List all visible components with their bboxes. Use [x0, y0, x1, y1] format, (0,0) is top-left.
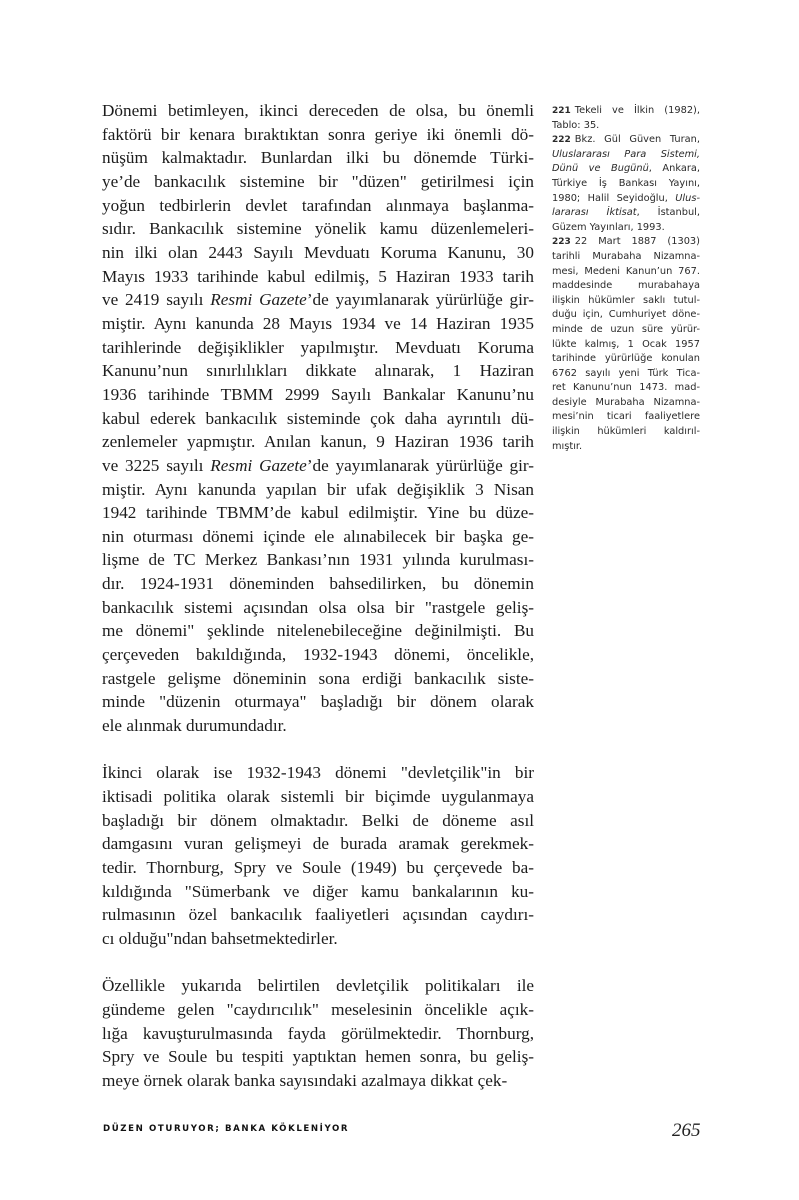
sidenote-line: lükte kalmış, 1 Ocak 1957 — [552, 338, 700, 353]
text-line: lığa kavuşturulmasında fayda görülmekted… — [102, 1022, 534, 1046]
sidenote-number: 221 — [552, 106, 571, 116]
running-title: DÜZEN OTURUYOR; BANKA KÖKLENİYOR — [103, 1124, 349, 1134]
sidenote-221: 221Tekeli ve İlkin (1982),Tablo: 35. — [552, 104, 700, 133]
text-line: ve 2419 sayılı Resmi Gazete’de yayımlana… — [102, 288, 534, 312]
text-line: miştir. Aynı kanunda 28 Mayıs 1934 ve 14… — [102, 312, 534, 336]
text-line: yoğun tedbirlerin devlet tarafından alın… — [102, 194, 534, 218]
sidenote-line: ilişkin hükümler saklı tutul- — [552, 294, 700, 309]
text-line: Mayıs 1933 tarihinde kabul edilmiş, 5 Ha… — [102, 265, 534, 289]
text-line: Özellikle yukarıda belirtilen devletçili… — [102, 974, 534, 998]
text-line: İkinci olarak ise 1932-1943 dönemi "devl… — [102, 761, 534, 785]
text-line: bankacılık sistemi açısından olsa olsa b… — [102, 596, 534, 620]
sidenote-line: Türkiye İş Bankası Yayını, — [552, 177, 700, 192]
sidenote-222: 222Bkz. Gül Güven Turan,Uluslararası Par… — [552, 133, 700, 235]
sidenote-line: Tablo: 35. — [552, 119, 700, 134]
sidenote-line: mesi’nin ticari faaliyetlere — [552, 410, 700, 425]
sidenote-line: 22322 Mart 1887 (1303) — [552, 235, 700, 250]
text-line: me dönemi" şeklinde nitelenebileceğine d… — [102, 619, 534, 643]
sidenote-line: 222Bkz. Gül Güven Turan, — [552, 133, 700, 148]
sidenote-number: 222 — [552, 135, 571, 145]
text-line: tedir. Thornburg, Spry ve Soule (1949) b… — [102, 856, 534, 880]
sidenote-line: 221Tekeli ve İlkin (1982), — [552, 104, 700, 119]
paragraph: Özellikle yukarıda belirtilen devletçili… — [102, 974, 534, 1092]
text-line: faktörü bir kenara bıraktıktan sonra ger… — [102, 123, 534, 147]
text-line: sıdır. Bankacılık sistemine yönelik kamu… — [102, 217, 534, 241]
text-line: çerçeveden bakıldığında, 1932-1943 dönem… — [102, 643, 534, 667]
text-line: Spry ve Soule bu tespiti yaptıktan hemen… — [102, 1045, 534, 1069]
sidenotes-column: 221Tekeli ve İlkin (1982),Tablo: 35.222B… — [552, 104, 700, 454]
sidenote-line: tarihli Murabaha Nizamna- — [552, 250, 700, 265]
sidenote-line: lararası İktisat, İstanbul, — [552, 206, 700, 221]
sidenote-line: Dünü ve Bugünü, Ankara, — [552, 162, 700, 177]
sidenote-line: Güzem Yayınları, 1993. — [552, 221, 700, 236]
sidenote-line: duğu için, Cumhuriyet döne- — [552, 308, 700, 323]
main-text-column: Dönemi betimleyen, ikinci dereceden de o… — [102, 99, 534, 1116]
sidenote-line: tarihinde yürürlüğe konulan — [552, 352, 700, 367]
sidenote-line: ret Kanunu’nun 1473. mad- — [552, 381, 700, 396]
sidenote-line: desiyle Murabaha Nizamna- — [552, 396, 700, 411]
text-line: nüşüm kalmaktadır. Bunlardan ilki bu dön… — [102, 146, 534, 170]
text-line: meye örnek olarak banka sayısındaki azal… — [102, 1069, 534, 1093]
text-line: damgasını vuran gelişmeyi de burada aram… — [102, 832, 534, 856]
text-line: dır. 1924-1931 döneminden bahsedilirken,… — [102, 572, 534, 596]
text-line: ye’de bankacılık sistemine bir "düzen" g… — [102, 170, 534, 194]
text-line: rastgele gelişme döneminin sona erdiği b… — [102, 667, 534, 691]
text-line: iktisadi politika olarak sistemli bir bi… — [102, 785, 534, 809]
text-line: başladığı bir dönem olmaktadır. Belki de… — [102, 809, 534, 833]
sidenote-number: 223 — [552, 237, 571, 247]
sidenote-line: ilişkin hükümleri kaldırıl- — [552, 425, 700, 440]
text-line: 1936 tarihinde TBMM 2999 Sayılı Bankalar… — [102, 383, 534, 407]
text-line: 1942 tarihinde TBMM’de kabul edilmiştir.… — [102, 501, 534, 525]
sidenote-line: 1980; Halil Seyidoğlu, Ulus- — [552, 192, 700, 207]
text-line: rulmasının özel bankacılık faaliyetleri … — [102, 903, 534, 927]
text-line: gündeme gelen "caydırıcılık" meselesinin… — [102, 998, 534, 1022]
sidenote-line: mıştır. — [552, 440, 700, 455]
sidenote-line: Uluslararası Para Sistemi, — [552, 148, 700, 163]
text-line: kabul ederek bankacılık sisteminde çok d… — [102, 407, 534, 431]
text-line: kıldığında "Sümerbank ve diğer kamu bank… — [102, 880, 534, 904]
paragraph: İkinci olarak ise 1932-1943 dönemi "devl… — [102, 761, 534, 950]
text-line: minde "düzenin oturmaya" başladığı bir d… — [102, 690, 534, 714]
text-line: zenlemeler yapmıştır. Anılan kanun, 9 Ha… — [102, 430, 534, 454]
sidenote-223: 22322 Mart 1887 (1303)tarihli Murabaha N… — [552, 235, 700, 454]
text-line: lişme de TC Merkez Bankası’nın 1931 yılı… — [102, 548, 534, 572]
book-page: Dönemi betimleyen, ikinci dereceden de o… — [0, 0, 799, 1200]
text-line: Dönemi betimleyen, ikinci dereceden de o… — [102, 99, 534, 123]
text-line: tarihlerinde değişiklikler yapılmıştır. … — [102, 336, 534, 360]
sidenote-line: minde de uzun süre yürür- — [552, 323, 700, 338]
sidenote-line: maddesinde murabahaya — [552, 279, 700, 294]
text-line: cı olduğu"ndan bahsetmektedirler. — [102, 927, 534, 951]
text-line: ele alınmak durumundadır. — [102, 714, 534, 738]
sidenote-line: 6762 sayılı yeni Türk Tica- — [552, 367, 700, 382]
paragraph: Dönemi betimleyen, ikinci dereceden de o… — [102, 99, 534, 738]
text-line: nin ilki olan 2443 Sayılı Mevduatı Korum… — [102, 241, 534, 265]
text-line: Kanunu’nun sınırlılıkları dikkate alınar… — [102, 359, 534, 383]
page-number: 265 — [672, 1120, 701, 1142]
text-line: ve 3225 sayılı Resmi Gazete’de yayımlana… — [102, 454, 534, 478]
text-line: nin oturması dönemi içinde ele alınabile… — [102, 525, 534, 549]
text-line: miştir. Aynı kanunda yapılan bir ufak de… — [102, 478, 534, 502]
sidenote-line: mesi, Medeni Kanun’un 767. — [552, 265, 700, 280]
